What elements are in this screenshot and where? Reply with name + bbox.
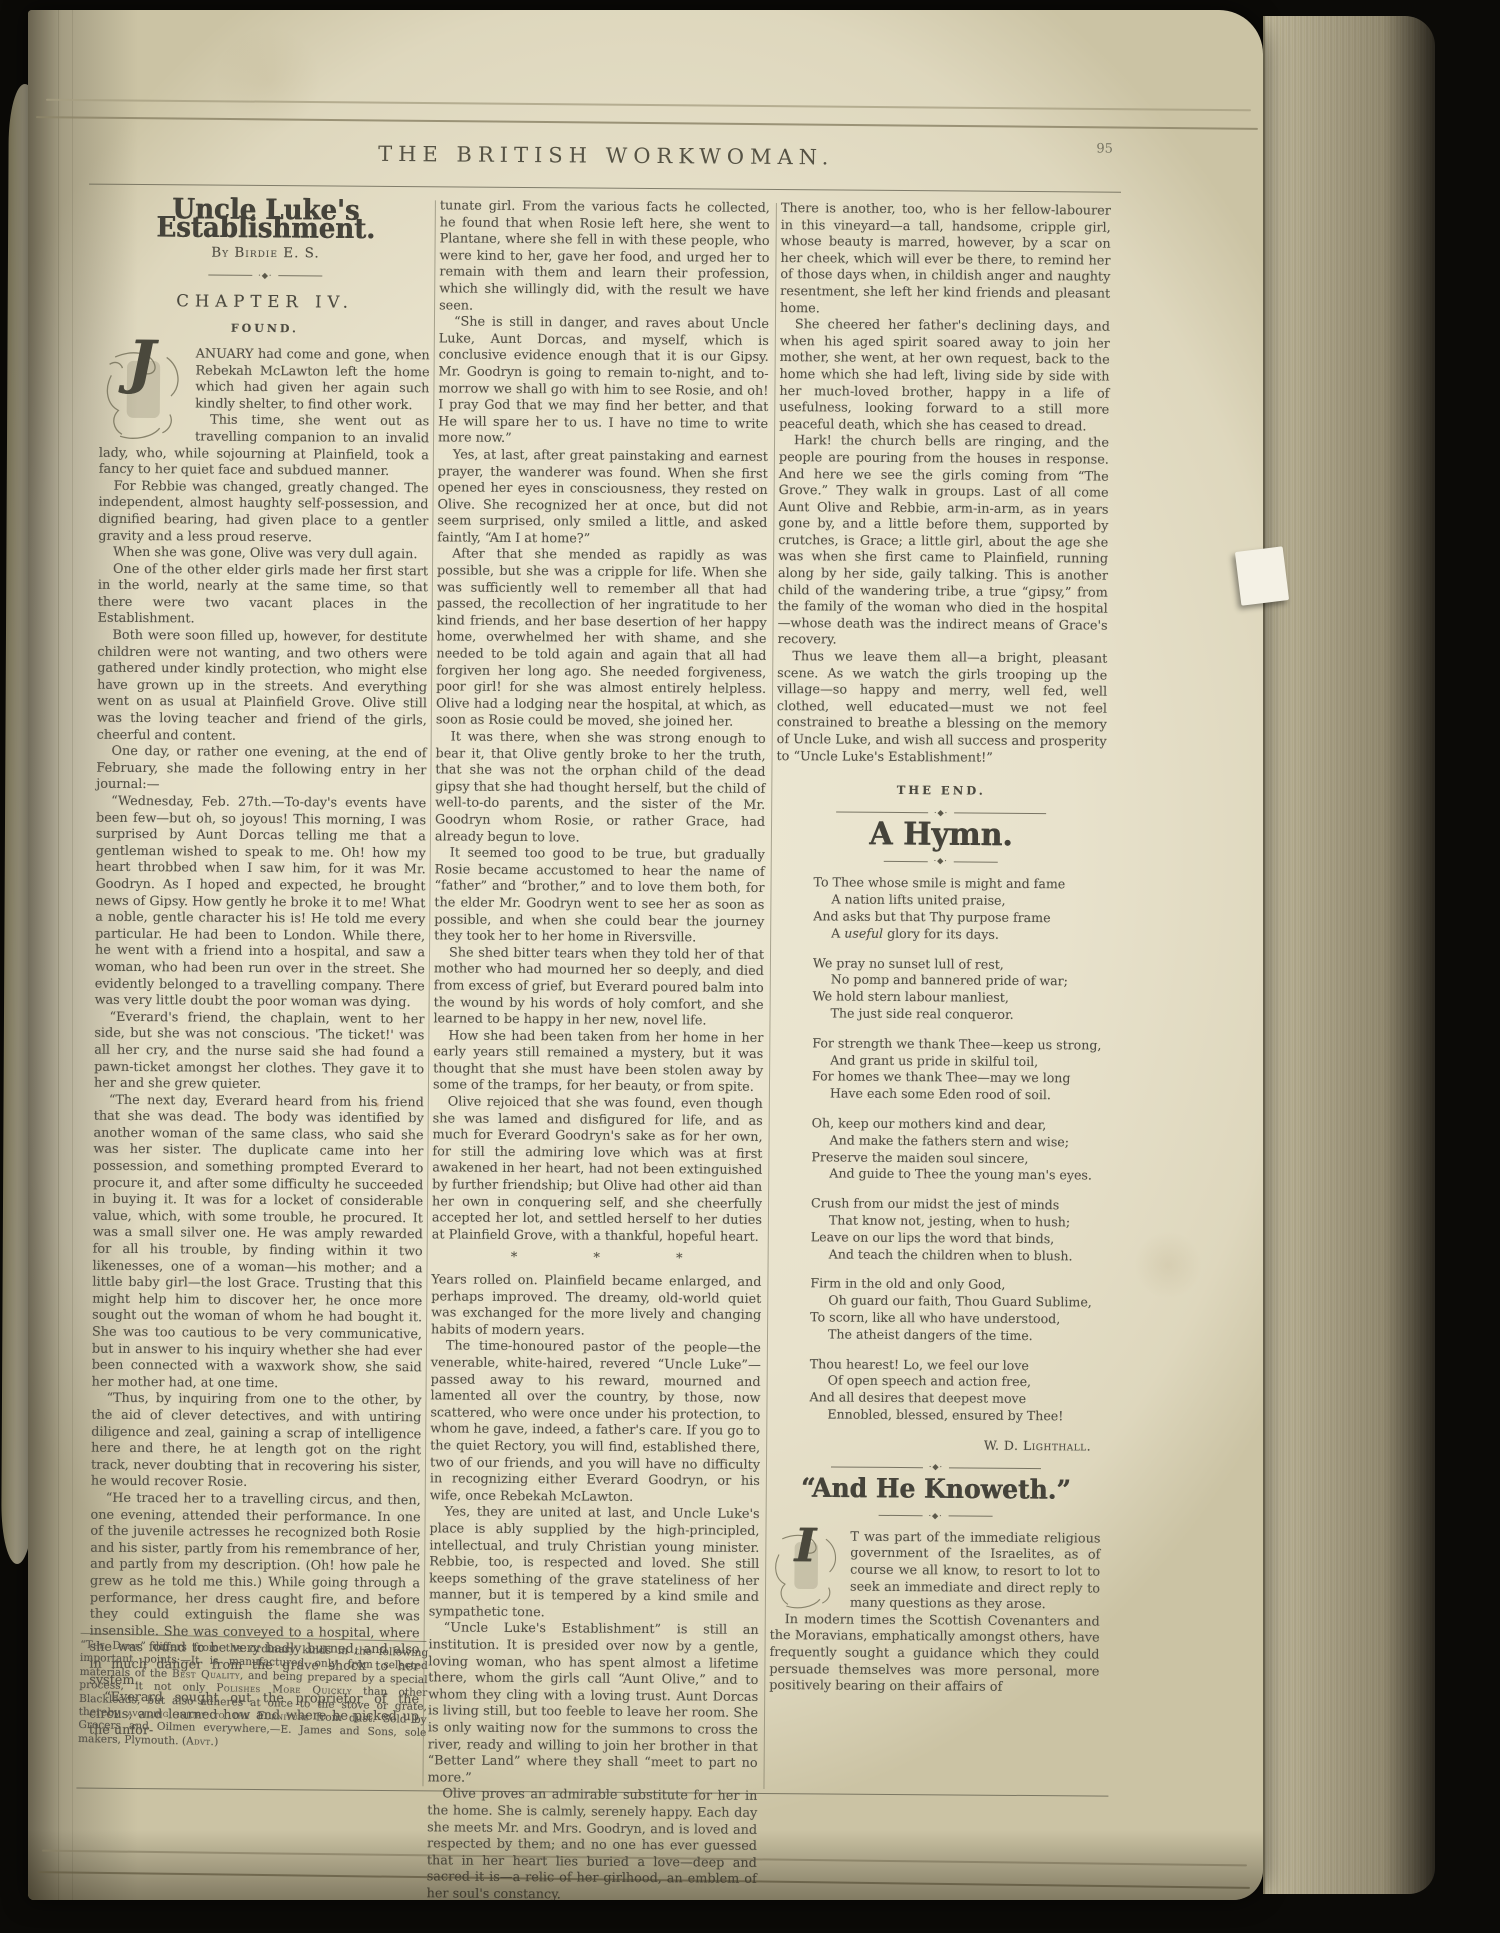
hymn-stanza: Oh, keep our mothers kind and dear, And … [811,1115,1104,1184]
hymn-title: A Hymn. [776,825,1106,845]
story-paragraph: She shed bitter tears when they told her… [433,945,764,1031]
story-paragraph: Yes, they are united at last, and Uncle … [429,1505,760,1624]
story-paragraph: “She is still in danger, and raves about… [438,315,769,450]
divider-ornament-icon: ·◆· [929,1464,943,1472]
story-paragraph: How she had been taken from her home in … [433,1028,764,1097]
hymn-line: Ennobled, blessed, ensured by Thee! [809,1406,1101,1425]
story-paragraph: Yes, at last, after great painstaking an… [437,447,768,549]
hymn-line: The just side real conqueror. [812,1005,1104,1024]
story-paragraph: It was there, when she was strong enough… [435,729,766,848]
story-paragraph: The time-honoured pastor of the people—t… [430,1339,761,1508]
story-paragraph: I T was part of the immediate religious … [770,1529,1101,1615]
story-paragraph: It seemed too good to be true, but gradu… [434,845,765,947]
hymn-line: And guide to Thee the young man's eyes. [811,1166,1103,1185]
hymn-line: To scorn, like all who have understood, [810,1309,1102,1328]
story-byline: By Birdie E. S. [100,244,430,263]
hymn-line: For strength we thank Thee—keep us stron… [812,1035,1104,1054]
ornamental-divider: ·◆· [771,1462,1101,1473]
photographed-book-spread: THE BRITISH WORKWOMAN. 95 Uncle Luke's E… [0,0,1500,1933]
page-number: 95 [1096,142,1113,157]
story-paragraph: One of the other elder girls made her fi… [98,561,429,630]
story-paragraph: She cheered her father's declining days,… [779,317,1110,436]
author-signature: W. D. Lighthall. [771,1436,1091,1455]
story-paragraph: J ANUARY had come and gone, when Rebekah… [99,346,430,415]
paragraph-text: ANUARY had come and gone, when Rebekah M… [195,346,430,412]
story-paragraph: There is another, too, who is her fellow… [780,201,1111,320]
story-paragraph: Thus we leave them all—a bright, pleasan… [776,649,1107,768]
ornamental-divider: ·◆· [776,856,1106,867]
bookmark-tab [1235,546,1289,605]
advert-footnote: “The Dome” differs from the ordinary kin… [78,1633,429,1754]
divider-ornament-icon: ·◆· [934,858,948,866]
story-paragraph: “Uncle Luke's Establishment” is still an… [427,1621,758,1790]
column-3: There is another, too, who is her fellow… [769,201,1111,1697]
hymn-stanza: To Thee whose smile is might and fame A … [813,875,1106,944]
column-2: tunate girl. From the various facts he c… [427,198,770,1900]
drop-cap-letter: J [128,354,156,371]
journal-paragraph: “Wednesday, Feb. 27th.—To-day's events h… [95,794,427,1012]
book-fore-edge-stack [1263,16,1435,1894]
story-paragraph: After that she mended as rapidly as was … [436,547,767,732]
journal-paragraph: “Everard's friend, the chaplain, went to… [94,1009,425,1095]
ornamental-divider: ·◆· [100,270,430,281]
publication-title: THE BRITISH WORKWOMAN. [91,140,1121,172]
the-end-label: THE END. [776,781,1106,800]
paragraph-text: T was part of the immediate religious go… [850,1530,1101,1613]
divider-ornament-icon: ·◆· [928,1512,942,1520]
hymn-line: Oh, keep our mothers kind and dear, [812,1115,1104,1134]
story-paragraph: Both were soon filled up, however, for d… [97,628,428,747]
asterisk-section-break: * * * [432,1250,762,1269]
hymn-line: The atheist dangers of the time. [810,1326,1102,1345]
hymn-stanza: Crush from our midst the jest of minds T… [811,1195,1104,1264]
story-paragraph: Olive rejoiced that she was found, even … [432,1094,763,1246]
story-paragraph: For Rebbie was changed, greatly changed.… [98,478,429,547]
bottom-page-edge [42,1850,1247,1867]
story-paragraph: Years rolled on. Plainfield became enlar… [431,1272,762,1341]
chapter-heading: CHAPTER IV. [100,292,430,311]
hymn-line: Leave on our lips the word that binds, [811,1229,1103,1248]
bottom-page-edge [38,1871,1250,1889]
hymn-stanza: Thou hearest! Lo, we feel our love Of op… [809,1356,1102,1425]
hymn-line: And all desires that deepest move [809,1389,1101,1408]
story-paragraph: tunate girl. From the various facts he c… [439,198,770,317]
journal-paragraph: “The next day, Everard heard from his fr… [92,1092,424,1393]
story-paragraph: In modern times the Scottish Covenanters… [769,1612,1100,1698]
story-title: Uncle Luke's Establishment. [101,200,431,238]
hymn-stanza: We pray no sunset lull of rest, No pomp … [812,955,1105,1024]
hymn-stanza: For strength we thank Thee—keep us stron… [812,1035,1105,1104]
hymn-stanza: Firm in the old and only Good, Oh guard … [810,1276,1103,1345]
story-paragraph: Olive proves an admirable substitute for… [427,1787,758,1900]
second-article-title: “And He Knoweth.” [771,1480,1101,1500]
hymn-line: A useful glory for its days. [813,925,1105,944]
divider-ornament-icon: ·◆· [258,272,272,280]
magazine-page: THE BRITISH WORKWOMAN. 95 Uncle Luke's E… [28,10,1263,1900]
footnote-text: “The Dome” differs from the ordinary kin… [78,1639,428,1754]
hymn-line: That know not, jesting, when to hush; [811,1212,1103,1231]
hymn-line: And make the fathers stern and wise; [811,1132,1103,1151]
printed-area: THE BRITISH WORKWOMAN. 95 Uncle Luke's E… [28,10,1263,1900]
hymn-line: And teach the children when to blush. [811,1246,1103,1265]
ornamental-divider: ·◆· [771,1511,1101,1522]
drop-cap-letter: I [794,1537,816,1554]
decorative-drop-cap: I [770,1531,843,1610]
story-paragraph: One day, or rather one evening, at the e… [96,744,426,796]
column-1: Uncle Luke's Establishment. By Birdie E.… [89,196,431,1742]
hymn-line: Have each some Eden rood of soil. [812,1085,1104,1104]
header-rule [89,184,1121,193]
decorative-drop-cap: J [99,348,188,441]
story-paragraph: Hark! the church bells are ringing, and … [777,433,1109,651]
journal-paragraph: “Thus, by inquiring from one to the othe… [91,1391,422,1493]
